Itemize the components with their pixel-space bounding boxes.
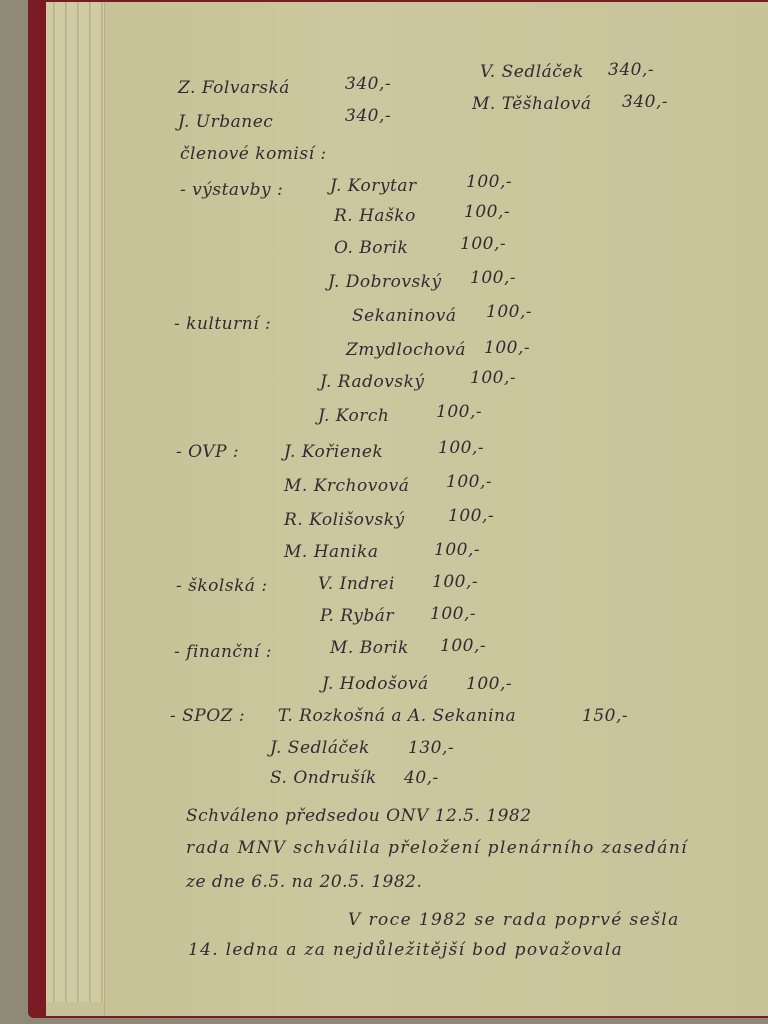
paragraph-line: rada MNV schválila přeložení plenárního … xyxy=(186,838,688,858)
member-amount: 100,- xyxy=(448,506,494,526)
paragraph-line: ze dne 6.5. na 20.5. 1982. xyxy=(186,872,422,892)
page-edges xyxy=(46,2,105,1016)
header-entry-amount: 340,- xyxy=(345,74,391,94)
member-name: J. Kořienek xyxy=(284,442,383,462)
member-name: M. Krchovová xyxy=(284,476,409,496)
member-name: V. Indrei xyxy=(318,574,395,594)
commission-label: - výstavby : xyxy=(180,180,283,200)
member-amount: 150,- xyxy=(582,706,628,726)
header-entry-amount: 340,- xyxy=(622,92,668,112)
member-name: M. Hanika xyxy=(284,542,379,562)
commission-label: - OVP : xyxy=(176,442,239,462)
paragraph-line: Schváleno předsedou ONV 12.5. 1982 xyxy=(186,806,532,826)
member-amount: 100,- xyxy=(466,674,512,694)
member-amount: 130,- xyxy=(408,738,454,758)
member-amount: 100,- xyxy=(484,338,530,358)
member-amount: 100,- xyxy=(464,202,510,222)
member-name: T. Rozkošná a A. Sekanina xyxy=(278,706,516,726)
member-amount: 100,- xyxy=(434,540,480,560)
member-amount: 100,- xyxy=(486,302,532,322)
member-name: J. Korytar xyxy=(330,176,417,196)
member-amount: 100,- xyxy=(430,604,476,624)
member-amount: 100,- xyxy=(436,402,482,422)
member-name: J. Dobrovský xyxy=(328,272,442,292)
paragraph-line: V roce 1982 se rada poprvé sešla xyxy=(348,910,680,930)
member-amount: 100,- xyxy=(460,234,506,254)
section-title: členové komisí : xyxy=(180,144,327,164)
member-amount: 100,- xyxy=(432,572,478,592)
member-name: R. Haško xyxy=(334,206,416,226)
member-name: O. Borik xyxy=(334,238,408,258)
member-name: J. Korch xyxy=(318,406,389,426)
commission-label: - kulturní : xyxy=(174,314,271,334)
member-name: J. Radovský xyxy=(320,372,424,392)
commission-label: - školská : xyxy=(176,576,268,596)
header-entry-name: J. Urbanec xyxy=(178,112,273,132)
member-amount: 100,- xyxy=(446,472,492,492)
header-entry-amount: 340,- xyxy=(345,106,391,126)
commission-label: - finanční : xyxy=(174,642,272,662)
header-entry-name: Z. Folvarská xyxy=(178,78,290,98)
member-amount: 100,- xyxy=(438,438,484,458)
member-name: P. Rybár xyxy=(320,606,394,626)
member-name: M. Borik xyxy=(330,638,409,658)
member-name: Sekaninová xyxy=(352,306,456,326)
member-amount: 100,- xyxy=(440,636,486,656)
member-amount: 100,- xyxy=(470,368,516,388)
member-name: S. Ondrušík xyxy=(270,768,377,788)
member-amount: 100,- xyxy=(466,172,512,192)
header-entry-name: M. Těšhalová xyxy=(472,94,592,114)
paragraph-line: 14. ledna a za nejdůležitější bod považo… xyxy=(188,940,623,960)
header-entry-amount: 340,- xyxy=(608,60,654,80)
member-amount: 40,- xyxy=(404,768,439,788)
commission-label: - SPOZ : xyxy=(170,706,245,726)
book-page xyxy=(46,2,768,1016)
member-name: J. Hodošová xyxy=(322,674,429,694)
member-amount: 100,- xyxy=(470,268,516,288)
member-name: J. Sedláček xyxy=(270,738,370,758)
member-name: R. Kolišovský xyxy=(284,510,405,530)
header-entry-name: V. Sedláček xyxy=(480,62,584,82)
member-name: Zmydlochová xyxy=(346,340,466,360)
